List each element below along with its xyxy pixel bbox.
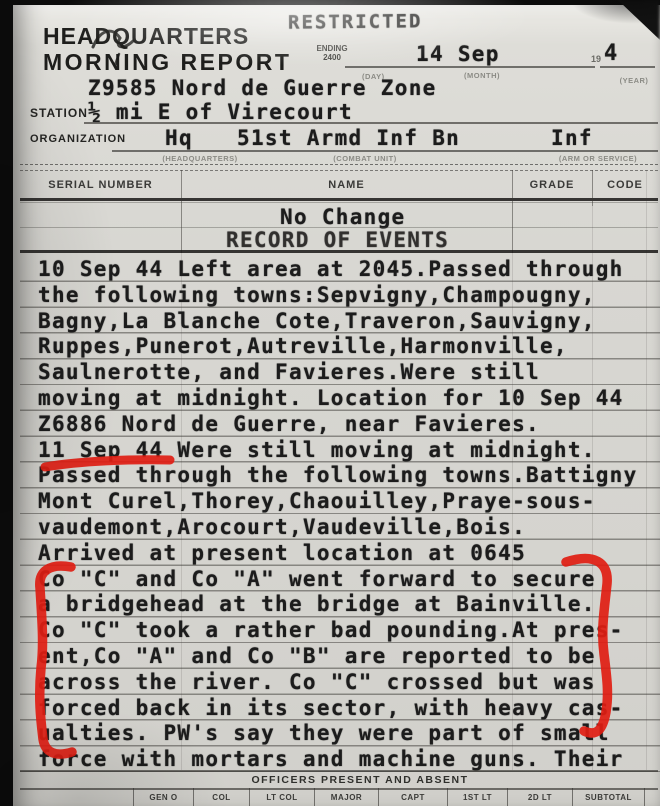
record-of-events-line: Bagny,La Blanche Cote,Traveron,Sauvigny,	[20, 309, 660, 335]
rank-column-header: LT COL	[249, 788, 314, 806]
report-year-value: 4	[604, 41, 619, 66]
record-of-events-line: a bridgehead at the bridge at Bainville.	[20, 592, 660, 618]
rank-column-header: CAPT	[378, 788, 447, 806]
column-header-code: CODE	[592, 179, 658, 191]
rank-column-header: SUBTOTAL	[572, 788, 645, 806]
rank-column-header: 1ST LT	[447, 788, 507, 806]
organization-arm: Inf	[551, 126, 593, 150]
report-date-value: 14 Sep	[416, 42, 500, 66]
record-of-events-line: Z6886 Nord de Guerre, near Favieres.	[20, 412, 660, 438]
organization-label: ORGANIZATION	[30, 133, 126, 145]
record-of-events-line: Passed through the following towns.Batti…	[20, 463, 660, 489]
record-of-events-line: forced back in its sector, with heavy ca…	[20, 696, 660, 722]
record-of-events-line: ualties. PW's say they were part of smal…	[20, 721, 660, 747]
record-of-events-body: 10 Sep 44 Left area at 2045.Passed throu…	[20, 257, 660, 773]
form-title-headquarters: HEADQUARTERS	[43, 23, 249, 50]
record-of-events-line: moving at midnight. Location for 10 Sep …	[20, 386, 660, 412]
station-label: STATION	[30, 106, 88, 120]
record-of-events-line: Saulnerotte, and Favieres.Were still	[20, 360, 660, 386]
station-value: ½ mi E of Virecourt	[88, 100, 353, 124]
record-of-events-line: Mont Curel,Thorey,Chaouilley,Praye-sous-	[20, 489, 660, 515]
record-of-events-line: 11 Sep 44 Were still moving at midnight.	[20, 438, 660, 464]
organization-company: Hq	[165, 126, 193, 150]
record-of-events-line: Co "C" took a rather bad pounding.At pre…	[20, 618, 660, 644]
officers-rank-header-row: GEN OCOLLT COLMAJORCAPT1ST LT2D LTSUBTOT…	[133, 788, 645, 806]
rank-column-header: GEN O	[133, 788, 193, 806]
record-of-events-line: vaudemont,Arocourt,Vaudeville,Bois.	[20, 515, 660, 541]
column-header-serial-number: SERIAL NUMBER	[20, 179, 181, 191]
ending-label: ENDING	[312, 44, 352, 53]
record-of-events-line: across the river. Co "C" crossed but was	[20, 670, 660, 696]
org-sublabel-arm-or-service: (ARM OR SERVICE)	[540, 154, 656, 163]
column-header-name: NAME	[181, 179, 512, 191]
column-header-grade: GRADE	[512, 179, 592, 191]
record-of-events-line: Arrived at present location at 0645	[20, 541, 660, 567]
rank-column-header: COL	[193, 788, 249, 806]
record-of-events-line: 10 Sep 44 Left area at 2045.Passed throu…	[20, 257, 660, 283]
rank-column-header: MAJOR	[314, 788, 378, 806]
month-label: (MONTH)	[452, 71, 512, 80]
org-sublabel-headquarters: (HEADQUARTERS)	[148, 154, 252, 163]
ending-time: 2400	[312, 53, 352, 62]
form-title-morning-report: MORNING REPORT	[43, 49, 291, 76]
record-of-events-title: RECORD OF EVENTS	[226, 228, 449, 252]
section-divider-dashed	[20, 164, 658, 171]
record-of-events-line: Co "C" and Co "A" went forward to secure	[20, 567, 660, 593]
record-of-events-line: ent,Co "A" and Co "B" are reported to be	[20, 644, 660, 670]
coordinate-zone-line: Z9585 Nord de Guerre Zone	[88, 76, 437, 100]
organization-unit: 51st Armd Inf Bn	[237, 126, 460, 150]
record-of-events-line: Ruppes,Punerot,Autreville,Harmonville,	[20, 334, 660, 360]
record-of-events-line: the following towns:Sepvigny,Champougny,	[20, 283, 660, 309]
year-label: (YEAR)	[612, 76, 656, 85]
rank-column-header: 2D LT	[507, 788, 572, 806]
org-sublabel-combat-unit: (COMBAT UNIT)	[308, 154, 422, 163]
officers-present-absent-header: OFFICERS PRESENT AND ABSENT	[140, 774, 580, 786]
restricted-stamp: RESTRICTED	[288, 10, 423, 33]
roster-entry-no-change: No Change	[280, 205, 406, 229]
year-printed-prefix: 19	[591, 54, 601, 64]
